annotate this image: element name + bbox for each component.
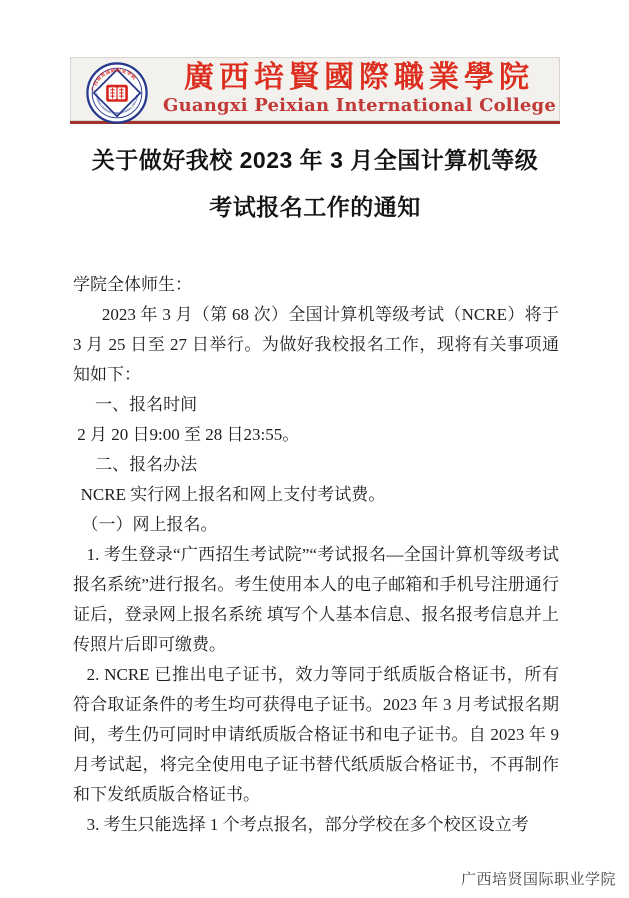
document-body: 学院全体师生： 2023 年 3 月（第 68 次）全国计算机等级考试（NCRE… <box>73 270 559 840</box>
college-seal-logo: 广西培贤国际职业学院 GUANGXI PEIXIAN INTERNATIONAL… <box>86 62 148 124</box>
body-paragraph: 3. 考生只能选择 1 个考点报名，部分学校在多个校区设立考 <box>73 810 559 840</box>
notice-title-line-2: 考试报名工作的通知 <box>209 194 421 220</box>
body-paragraph: 2023 年 3 月（第 68 次）全国计算机等级考试（NCRE）将于 3 月 … <box>73 300 559 390</box>
college-name-chinese: 廣西培賢國際職業學院 <box>163 61 555 95</box>
college-name-english: Guangxi Peixian International College <box>163 95 555 117</box>
notice-title: 关于做好我校 2023 年 3 月全国计算机等级 考试报名工作的通知 <box>70 137 560 231</box>
body-paragraph: NCRE 实行网上报名和网上支付考试费。 <box>73 480 559 510</box>
section-heading-2: 二、报名办法 <box>73 450 559 480</box>
notice-title-line-1: 关于做好我校 2023 年 3 月全国计算机等级 <box>92 147 539 173</box>
college-brand: 廣西培賢國際職業學院 Guangxi Peixian International… <box>163 58 555 120</box>
seal-book-icon <box>106 85 128 102</box>
body-paragraph: 2. NCRE 已推出电子证书，效力等同于纸质版合格证书，所有符合取证条件的考生… <box>73 660 559 810</box>
college-seal-icon: 广西培贤国际职业学院 GUANGXI PEIXIAN INTERNATIONAL… <box>86 62 148 124</box>
notice-document-page: 廣西培賢國際職業學院 Guangxi Peixian International… <box>0 0 629 898</box>
section-heading-1: 一、报名时间 <box>73 390 559 420</box>
salutation: 学院全体师生： <box>73 270 559 300</box>
body-paragraph: 1. 考生登录“广西招生考试院”“考试报名—全国计算机等级考试报名系统”进行报名… <box>73 540 559 660</box>
body-paragraph: 2 月 20 日9:00 至 28 日23:55。 <box>73 420 559 450</box>
watermark-college-name: 广西培贤国际职业学院 <box>461 868 616 889</box>
subsection-heading: （一）网上报名。 <box>73 510 559 540</box>
